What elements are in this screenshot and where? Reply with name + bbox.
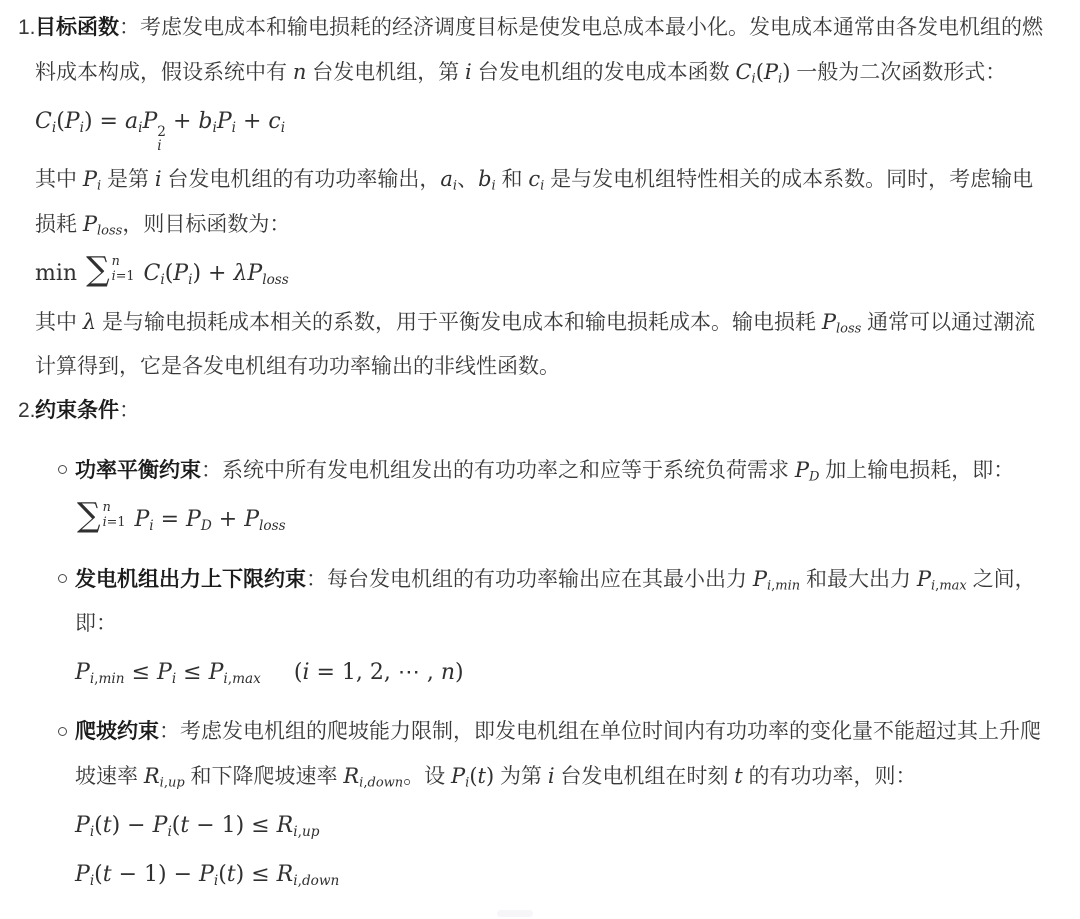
text-run: 。设 (403, 765, 451, 788)
math-run: Pi,min ≤ Pi ≤ Pi,max (i = 1, 2, ⋯ , n) (75, 660, 464, 685)
math-run: Ploss (83, 212, 123, 236)
bullet-circle-icon (58, 574, 67, 583)
sum-limits: ni=1 (103, 500, 126, 531)
paragraph: 其中 Pi 是第 i 台发电机组的有功功率输出，ai、bi 和 ci 是与发电机… (35, 157, 1054, 247)
sigma-glyph: ∑ (86, 255, 110, 283)
bold-lead: 功率平衡约束 (75, 459, 201, 482)
summation-symbol: ∑ni=1 (86, 254, 134, 285)
math-run: Ploss (822, 310, 862, 334)
sub-sup-stack: 2i (157, 125, 166, 154)
text-run: ：每台发电机组的有功功率输出应在其最小出力 (306, 568, 753, 591)
formula-line: min ∑ni=1 Ci(Pi) + λPloss (35, 251, 1054, 296)
text-run: 的有功功率，则： (743, 765, 917, 788)
math-run: PD (795, 458, 820, 482)
text-run: 台发电机组在时刻 (555, 765, 735, 788)
bold-lead: 约束条件 (35, 399, 119, 422)
numbered-item-2: 2.约束条件： (18, 389, 1054, 433)
list-number: 1. (18, 6, 36, 50)
bold-lead: 目标函数 (35, 16, 119, 39)
sigma-glyph: ∑ (77, 501, 101, 529)
text-run: 其中 (35, 168, 83, 191)
math-run: Pi,max (917, 567, 967, 591)
text-run: ： (119, 399, 140, 422)
math-run: ai (440, 167, 457, 191)
text-run: 是与输电损耗成本相关的系数，用于平衡发电成本和输电损耗成本。输电损耗 (96, 311, 822, 334)
math-run: n (293, 60, 307, 84)
item-text: 约束条件： (35, 399, 140, 422)
math-run: λ (83, 310, 96, 334)
numbered-item-1: 1.目标函数：考虑发电成本和输电损耗的经济调度目标是使发电总成本最小化。发电成本… (18, 6, 1054, 95)
text-run: 一般为二次函数形式： (790, 61, 1006, 84)
math-run: i (465, 60, 472, 84)
bullet-item: 功率平衡约束：系统中所有发电机组发出的有功功率之和应等于系统负荷需求 PD 加上… (58, 448, 1054, 493)
bullet-circle-icon (58, 727, 67, 736)
formula-line: Pi,min ≤ Pi ≤ Pi,max (i = 1, 2, ⋯ , n) (75, 650, 1054, 695)
math-run: Pi(t) − Pi(t − 1) ≤ Ri,up (75, 813, 319, 838)
text-run: 台发电机组，第 (306, 61, 465, 84)
summation-symbol: ∑ni=1 (77, 500, 125, 531)
math-run: Ri,up (144, 764, 185, 788)
text-run: 是第 (101, 168, 155, 191)
math-run: Pi (83, 167, 101, 191)
math-run: Ci(Pi) + λPloss (137, 261, 289, 286)
text-run: 加上输电损耗，即： (819, 459, 1014, 482)
math-run: Pi = PD + Ploss (127, 507, 285, 532)
text-run: 和 (496, 168, 529, 191)
document: 1.目标函数：考虑发电成本和输电损耗的经济调度目标是使发电总成本最小化。发电成本… (0, 0, 1080, 897)
math-run: Ci(Pi) (735, 60, 790, 84)
text-run: 和最大出力 (800, 568, 917, 591)
math-run: Ci(Pi) = aiP2i + biPi + ci (35, 109, 285, 134)
sum-limits: ni=1 (112, 254, 135, 285)
math-run: Pi,min (753, 567, 800, 591)
text-run: 台发电机组的有功功率输出， (162, 168, 441, 191)
bottom-scroll-indicator (497, 910, 533, 917)
formula-line: Pi(t) − Pi(t − 1) ≤ Ri,up (75, 803, 1054, 848)
bullet-circle-icon (58, 465, 67, 474)
bold-lead: 发电机组出力上下限约束 (75, 568, 306, 591)
formula-line: ∑ni=1 Pi = PD + Ploss (75, 497, 1054, 542)
paragraph: 其中 λ 是与输电损耗成本相关的系数，用于平衡发电成本和输电损耗成本。输电损耗 … (35, 300, 1054, 389)
text-run: 和下降爬坡速率 (185, 765, 344, 788)
bullet-item: 发电机组出力上下限约束：每台发电机组的有功功率输出应在其最小出力 Pi,min … (58, 557, 1054, 646)
text-run: 其中 (35, 311, 83, 334)
bullet-text: 爬坡约束：考虑发电机组的爬坡能力限制，即发电机组在单位时间内有功功率的变化量不能… (75, 720, 1041, 788)
bold-lead: 爬坡约束 (75, 720, 159, 743)
math-run: i (548, 764, 555, 788)
math-roman: min (35, 261, 84, 286)
item-text: 目标函数：考虑发电成本和输电损耗的经济调度目标是使发电总成本最小化。发电成本通常… (35, 16, 1043, 84)
bullet-text: 发电机组出力上下限约束：每台发电机组的有功功率输出应在其最小出力 Pi,min … (75, 568, 1036, 635)
math-run: bi (478, 167, 496, 191)
math-run: i (155, 167, 162, 191)
math-run: Pi(t) (451, 764, 494, 788)
formula-line: Pi(t − 1) − Pi(t) ≤ Ri,down (75, 852, 1054, 897)
text-run: 为第 (494, 765, 548, 788)
math-run: t (734, 764, 742, 788)
math-run: Ri,down (343, 764, 403, 788)
page: { "page": { "background": "#ffffff", "te… (0, 0, 1080, 919)
text-run: 、 (457, 168, 478, 191)
bullet-text: 功率平衡约束：系统中所有发电机组发出的有功功率之和应等于系统负荷需求 PD 加上… (75, 459, 1014, 482)
text-run: ，则目标函数为： (122, 213, 290, 236)
math-run: ci (528, 167, 544, 191)
list-number: 2. (18, 389, 36, 433)
text-run: ：系统中所有发电机组发出的有功功率之和应等于系统负荷需求 (201, 459, 795, 482)
formula-line: Ci(Pi) = aiP2i + biPi + ci (35, 99, 1054, 153)
bullet-item: 爬坡约束：考虑发电机组的爬坡能力限制，即发电机组在单位时间内有功功率的变化量不能… (58, 710, 1054, 799)
text-run: 台发电机组的发电成本函数 (472, 61, 736, 84)
math-run: Pi(t − 1) − Pi(t) ≤ Ri,down (75, 862, 339, 887)
